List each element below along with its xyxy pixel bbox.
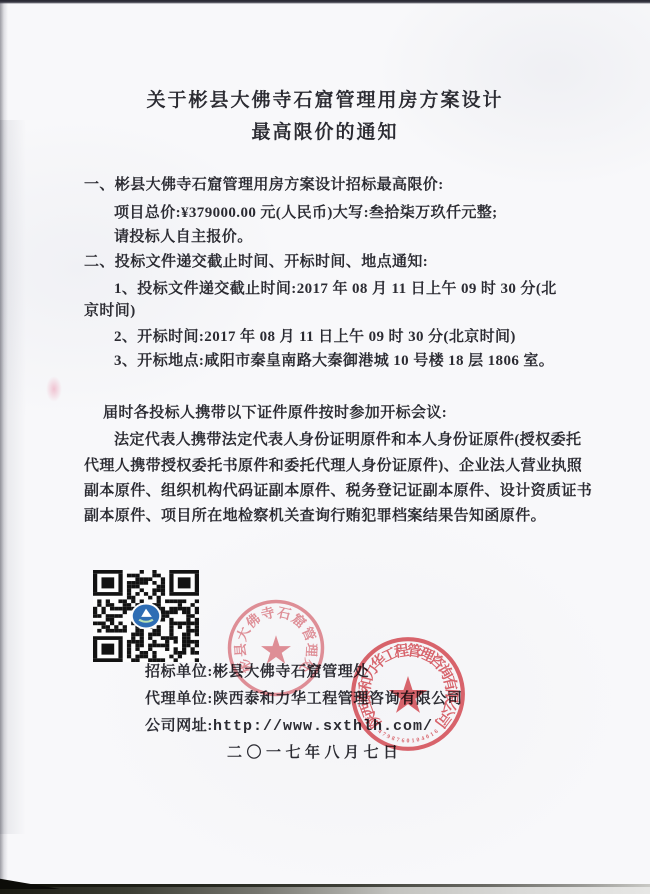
website-label: 公司网址: — [145, 718, 213, 734]
svg-text:寺: 寺 — [259, 604, 276, 623]
svg-text:4: 4 — [376, 729, 382, 736]
document-title: 关于彬县大佛寺石窟管理用房方案设计 最高限价的通知 — [0, 85, 650, 149]
title-line-1: 关于彬县大佛寺石窟管理用房方案设计 — [0, 85, 650, 117]
seal-star-icon — [261, 635, 291, 664]
section-2-item-1-line-2: 京时间) — [84, 303, 136, 320]
section-1-note-line: 请投标人自主报价。 — [114, 229, 253, 246]
notice-intro-line: 届时各投标人携带以下证件原件按时参加开标会议: — [103, 405, 447, 422]
seal-star-icon — [389, 676, 428, 713]
scanned-document: 关于彬县大佛寺石窟管理用房方案设计 最高限价的通知 一、彬县大佛寺石窟管理用房方… — [0, 0, 650, 894]
svg-text:0: 0 — [407, 739, 410, 745]
notice-line-2: 代理人携带授权委托书原件和委托代理人身份证原件)、企业法人营业执照 — [84, 458, 582, 475]
notice-line-3: 副本原件、组织机构代码证副本原件、税务登记证副本原件、设计资质证书 — [84, 483, 592, 500]
svg-text:7: 7 — [381, 732, 387, 739]
qr-code — [93, 570, 199, 662]
section-2-item-1-line-1: 1、投标文件递交截止时间:2017 年 08 月 11 日上午 09 时 30 … — [114, 281, 557, 298]
svg-text:6: 6 — [401, 738, 405, 744]
svg-text:理: 理 — [303, 643, 319, 658]
section-2-heading: 二、投标文件递交截止时间、开标时间、地点通知: — [84, 254, 428, 271]
scan-edge-left — [0, 0, 8, 894]
svg-text:县: 县 — [233, 642, 249, 657]
section-2-item-3: 3、开标地点:咸阳市秦皇南路大秦御港城 10 号楼 18 层 1806 室。 — [114, 353, 554, 370]
official-seal-left: 彬县大佛寺石窟管理处 — [226, 598, 326, 698]
svg-text:8: 8 — [391, 736, 396, 743]
notice-line-1: 法定代表人携带法定代表人身份证明原件和本人身份证原件(授权委托 — [114, 432, 581, 449]
svg-text:6: 6 — [434, 729, 440, 736]
title-line-2: 最高限价的通知 — [0, 117, 650, 149]
svg-text:1: 1 — [411, 738, 415, 744]
section-1-price-line: 项目总价:¥379000.00 元(人民币)大写:叁拾柒万玖仟元整; — [114, 205, 498, 222]
svg-text:1: 1 — [430, 731, 436, 738]
svg-text:0: 0 — [416, 737, 420, 744]
section-1-heading: 一、彬县大佛寺石窟管理用房方案设计招标最高限价: — [84, 177, 444, 194]
section-2-item-2: 2、开标时间:2017 年 08 月 11 日上午 09 时 30 分(北京时间… — [114, 329, 516, 346]
official-seal-right: 陕西泰和力华工程管理咨询有限公司 6104010678974 — [349, 635, 467, 753]
agent-unit-label: 代理单位: — [145, 691, 213, 707]
tender-unit-label: 招标单位: — [145, 664, 213, 680]
notice-line-4: 副本原件、项目所在地检察机关查询行贿犯罪档案结果告知函原件。 — [84, 508, 546, 525]
svg-text:0: 0 — [425, 734, 430, 741]
scan-edge-bottom-band — [0, 887, 650, 894]
scan-smudge — [46, 376, 62, 402]
svg-text:7: 7 — [396, 737, 400, 744]
svg-text:4: 4 — [421, 736, 426, 743]
svg-text:9: 9 — [386, 734, 391, 741]
scan-edge-top — [0, 0, 650, 4]
